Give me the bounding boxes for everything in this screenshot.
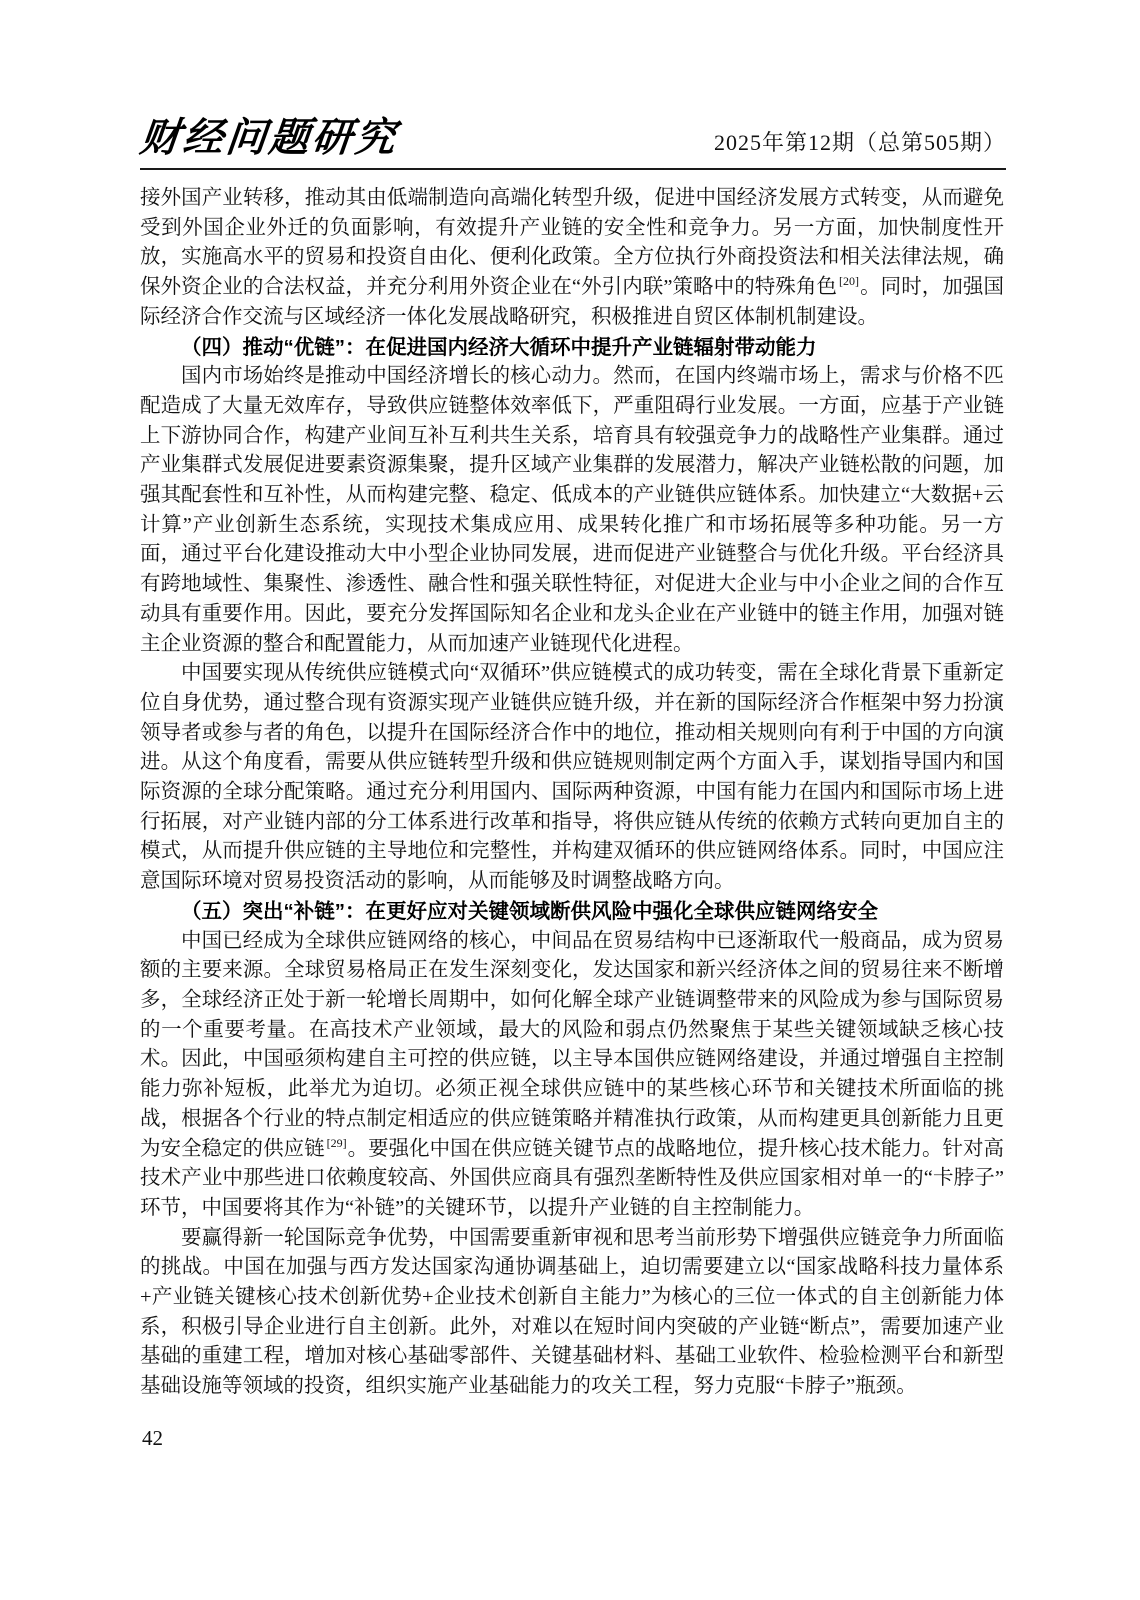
header-divider <box>140 168 1006 170</box>
page-number: 42 <box>142 1426 163 1451</box>
reference-marker-29: [29] <box>327 1136 347 1150</box>
journal-page: 财经问题研究 2025年第12期（总第505期） 接外国产业转移，推动其由低端制… <box>0 0 1140 1600</box>
paragraph-continuation: 接外国产业转移，推动其由低端制造向高端化转型升级，促进中国经济发展方式转变，从而… <box>140 184 1004 333</box>
paragraph: 国内市场始终是推动中国经济增长的核心动力。然而，在国内终端市场上，需求与价格不匹… <box>140 362 1004 659</box>
journal-logo: 财经问题研究 <box>138 118 400 160</box>
reference-marker-20: [20] <box>839 274 859 288</box>
page-header: 财经问题研究 2025年第12期（总第505期） <box>140 118 1006 160</box>
paragraph-text: 中国已经成为全球供应链网络的核心，中间品在贸易结构中已逐渐取代一般商品，成为贸易… <box>140 930 1004 1160</box>
paragraph: 中国要实现从传统供应链模式向“双循环”供应链模式的成功转变，需在全球化背景下重新… <box>140 659 1004 897</box>
issue-info: 2025年第12期（总第505期） <box>714 132 1006 160</box>
article-body: 接外国产业转移，推动其由低端制造向高端化转型升级，促进中国经济发展方式转变，从而… <box>140 184 1004 1402</box>
paragraph: 要赢得新一轮国际竞争优势，中国需要重新审视和思考当前形势下增强供应链竞争力所面临… <box>140 1224 1004 1402</box>
section-heading-4: （四）推动“优链”：在促进国内经济大循环中提升产业链辐射带动能力 <box>140 333 1004 363</box>
section-heading-5: （五）突出“补链”：在更好应对关键领域断供风险中强化全球供应链网络安全 <box>140 897 1004 927</box>
paragraph: 中国已经成为全球供应链网络的核心，中间品在贸易结构中已逐渐取代一般商品，成为贸易… <box>140 927 1004 1224</box>
